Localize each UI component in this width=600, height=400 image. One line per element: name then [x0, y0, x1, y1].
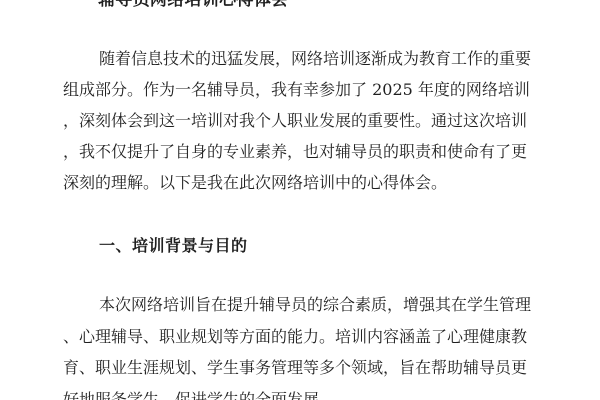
intro-paragraph-line: 随着信息技术的迅猛发展，网络培训逐渐成为教育工作的重要	[99, 51, 531, 67]
section-heading: 一、培训背景与目的	[99, 238, 248, 254]
document-title: 辅导员网络培训心得体会	[98, 0, 288, 9]
intro-paragraph-line: 深刻的理解。以下是我在此次网络培训中的心得体会。	[63, 175, 447, 191]
intro-paragraph-line: ，我不仅提升了自身的专业素养，也对辅导员的职责和使命有了更	[63, 144, 527, 160]
section1-paragraph-line: 好地服务学生，促进学生的全面发展。	[63, 392, 335, 400]
intro-paragraph-line: ，深刻体会到这一培训对我个人职业发展的重要性。通过这次培训	[63, 113, 527, 129]
document-page: 辅导员网络培训心得体会 随着信息技术的迅猛发展，网络培训逐渐成为教育工作的重要 …	[0, 0, 600, 400]
section1-paragraph-line: 育、职业生涯规划、学生事务管理等多个领域，旨在帮助辅导员更	[63, 360, 527, 376]
section1-paragraph-line: 本次网络培训旨在提升辅导员的综合素质，增强其在学生管理	[99, 297, 531, 313]
section1-paragraph-line: 、心理辅导、职业规划等方面的能力。培训内容涵盖了心理健康教	[63, 329, 527, 345]
intro-paragraph-line: 组成部分。作为一名辅导员，我有幸参加了 2025 年度的网络培训	[63, 82, 530, 98]
